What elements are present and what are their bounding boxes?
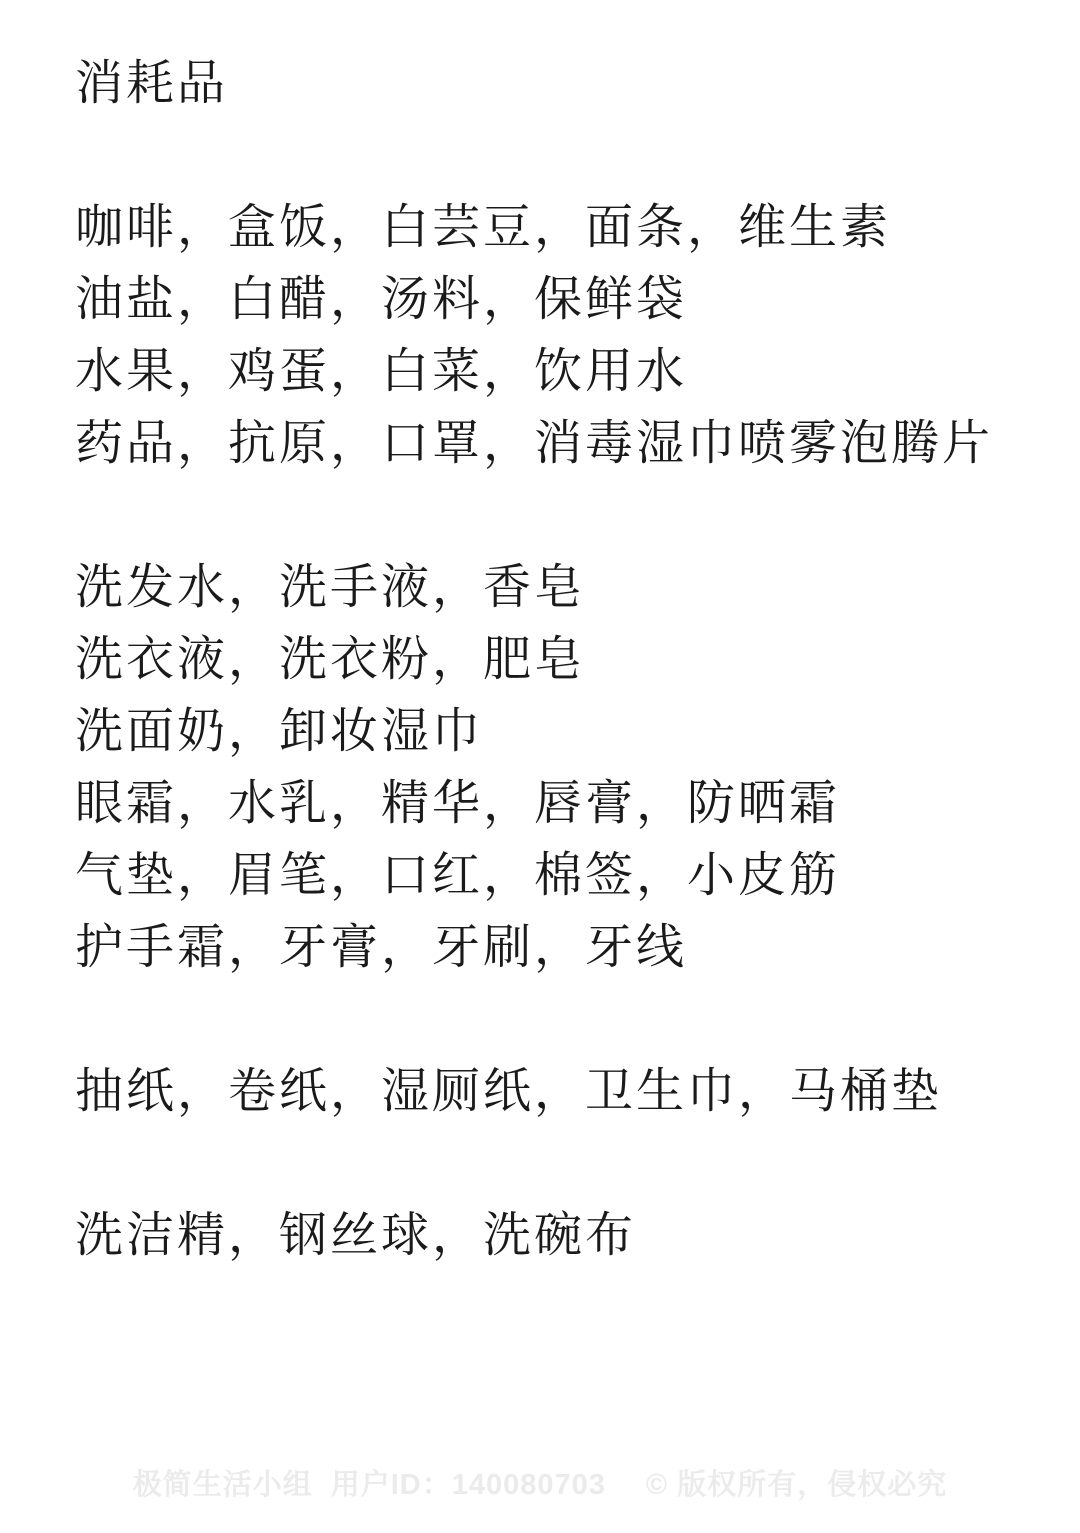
- section-food-and-medicine: 咖啡，盒饭，白芸豆，面条，维生素 油盐，白醋，汤料，保鲜袋 水果，鸡蛋，白菜，饮…: [75, 192, 1050, 480]
- list-line: 药品，抗原，口罩，消毒湿巾喷雾泡腾片: [75, 408, 1050, 480]
- list-line: 洗发水，洗手液，香皂: [75, 552, 1050, 624]
- section-personal-care: 洗发水，洗手液，香皂 洗衣液，洗衣粉，肥皂 洗面奶，卸妆湿巾 眼霜，水乳，精华，…: [75, 552, 1050, 984]
- list-line: 水果，鸡蛋，白菜，饮用水: [75, 336, 1050, 408]
- list-line: 气垫，眉笔，口红，棉签，小皮筋: [75, 840, 1050, 912]
- list-line: 洗面奶，卸妆湿巾: [75, 696, 1050, 768]
- watermark-copyright: © 版权所有，侵权必究: [646, 1469, 947, 1501]
- watermark: 极简生活小组用户ID：140080703© 版权所有，侵权必究: [0, 1462, 1080, 1503]
- section-dish-cleaning: 洗洁精，钢丝球，洗碗布: [75, 1200, 1050, 1272]
- list-line: 抽纸，卷纸，湿厕纸，卫生巾，马桶垫: [75, 1056, 1050, 1128]
- watermark-group-name: 极简生活小组: [133, 1469, 313, 1501]
- list-line: 眼霜，水乳，精华，唇膏，防晒霜: [75, 768, 1050, 840]
- list-line: 洗洁精，钢丝球，洗碗布: [75, 1200, 1050, 1272]
- list-line: 洗衣液，洗衣粉，肥皂: [75, 624, 1050, 696]
- list-line: 油盐，白醋，汤料，保鲜袋: [75, 264, 1050, 336]
- page-title: 消耗品: [75, 48, 1050, 120]
- watermark-user-id: 140080703: [452, 1469, 606, 1501]
- watermark-user-id-label: 用户ID：: [331, 1469, 452, 1501]
- section-paper-products: 抽纸，卷纸，湿厕纸，卫生巾，马桶垫: [75, 1056, 1050, 1128]
- list-line: 护手霜，牙膏，牙刷，牙线: [75, 912, 1050, 984]
- list-line: 咖啡，盒饭，白芸豆，面条，维生素: [75, 192, 1050, 264]
- note-content: 消耗品 咖啡，盒饭，白芸豆，面条，维生素 油盐，白醋，汤料，保鲜袋 水果，鸡蛋，…: [75, 48, 1050, 1272]
